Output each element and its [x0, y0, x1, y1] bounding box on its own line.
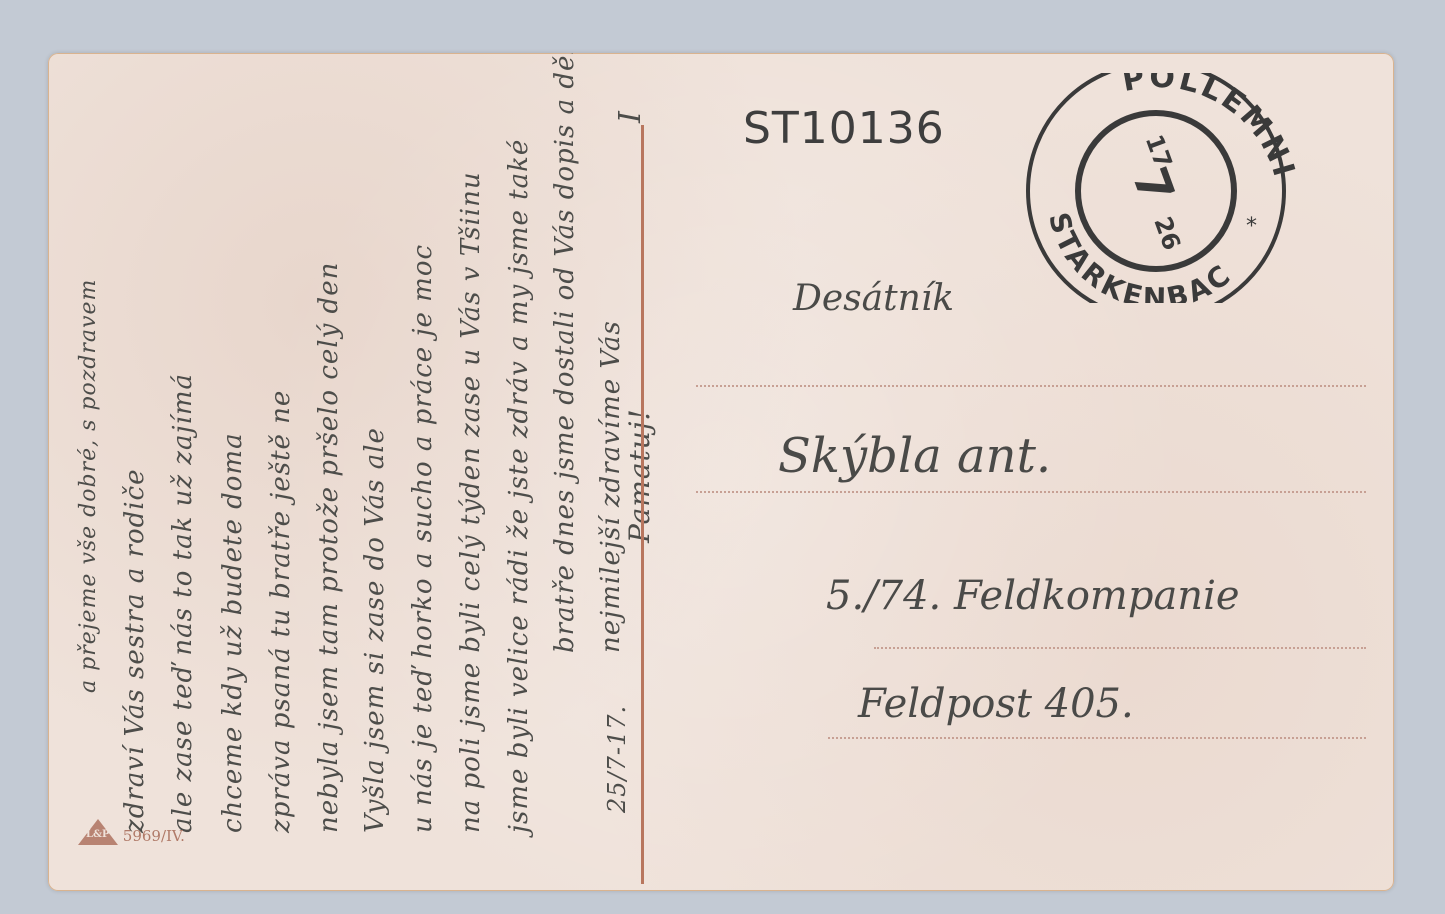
message-line: ale zase teď nás to tak už zajímá: [168, 93, 198, 833]
message-line: u nás je teď horko a sucho a práce je mo…: [408, 93, 438, 833]
publisher-mark: L&P 5969/IV.: [78, 819, 185, 841]
postmark-stamp: POLLEMNICE STARKENBACH 17 7 26 *: [1008, 73, 1298, 303]
message-line: nejmilejší zdravíme Vás: [596, 93, 626, 653]
postmark-month: 7: [1121, 160, 1185, 211]
address-line-4: Feldpost 405.: [858, 681, 1134, 727]
publisher-logo-icon: L&P: [78, 819, 118, 845]
postmark-bottom-text: STARKENBACH: [1008, 73, 1239, 303]
message-line: zdraví Vás sestra a rodiče: [120, 93, 150, 833]
address-line-3: 5./74. Feldkompanie: [826, 573, 1240, 619]
postmark-day: 26: [1148, 213, 1186, 254]
message-greeting: Pamatuj!: [623, 393, 656, 543]
message-line: chceme kdy už budete doma: [218, 93, 248, 833]
postmark-star: *: [1246, 214, 1257, 239]
message-marker: I: [613, 83, 648, 123]
publisher-series-number: 5969/IV.: [123, 827, 185, 845]
message-line: bratře dnes jsme dostali od Vás dopis a …: [550, 93, 580, 653]
message-line: na poli jsme byli celý týden zase u Vás …: [456, 93, 486, 833]
message-line: nebyla jsem tam protože pršelo celý den: [314, 93, 344, 833]
message-date: 25/7-17.: [603, 673, 631, 813]
svg-text:STARKENBACH: STARKENBACH: [1008, 73, 1239, 303]
address-dotted-line: [828, 737, 1366, 739]
message-line: a přejeme vše dobré, s pozdravem: [76, 93, 101, 693]
postcard-back: a přejeme vše dobré, s pozdravem zdraví …: [48, 53, 1394, 891]
archive-number: ST10136: [743, 103, 945, 154]
message-line: jsme byli velice rádi že jste zdráv a my…: [504, 93, 534, 833]
message-line: zpráva psaná tu bratře ještě ne: [266, 93, 296, 833]
address-dotted-line: [696, 385, 1366, 387]
address-dotted-line: [696, 491, 1366, 493]
message-line: Vyšla jsem si zase do Vás ale: [360, 173, 390, 833]
address-line-1: Desátník: [793, 278, 954, 319]
address-dotted-line: [874, 647, 1366, 649]
printed-divider-line: [641, 125, 644, 884]
address-line-2: Skýbla ant.: [778, 428, 1051, 484]
handwritten-message: a přejeme vše dobré, s pozdravem zdraví …: [68, 73, 628, 863]
